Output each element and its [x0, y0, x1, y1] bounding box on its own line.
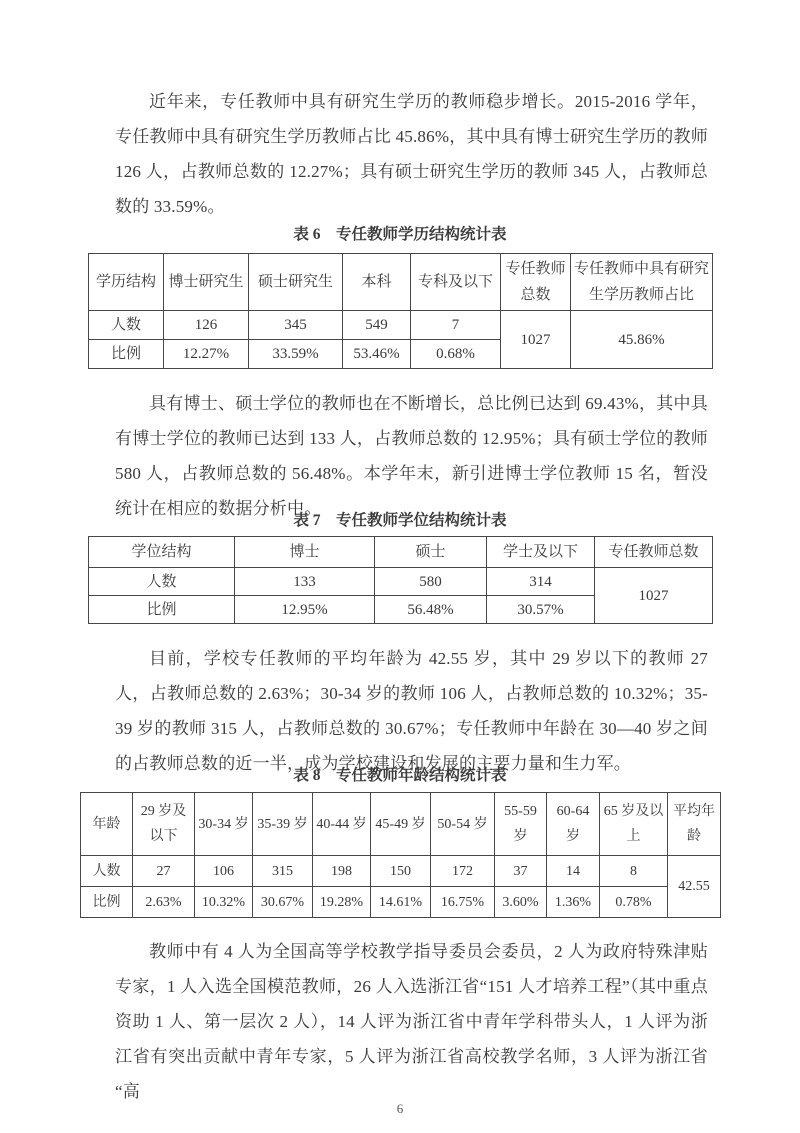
table6-education-structure: 学历结构 博士研究生 硕士研究生 本科 专科及以下 专任教师总数 专任教师中具有…: [88, 253, 713, 369]
page-number: 6: [88, 1101, 712, 1117]
row-label-cell: 比例: [89, 340, 164, 369]
data-cell: 3.60%: [495, 887, 547, 918]
header-cell: 学士及以下: [487, 537, 595, 568]
para-doctor-master-degree: 具有博士、硕士学位的教师也在不断增长，总比例已达到 69.43%，其中具有博士学…: [115, 386, 708, 526]
para-graduate-degree-growth: 近年来，专任教师中具有研究生学历的教师稳步增长。2015-2016 学年，专任教…: [115, 84, 708, 224]
header-cell: 40-44 岁: [313, 793, 371, 856]
data-cell: 10.32%: [195, 887, 253, 918]
data-cell: 315: [253, 856, 313, 887]
data-cell: 27: [133, 856, 195, 887]
data-cell: 0.78%: [600, 887, 668, 918]
header-cell: 专任教师中具有研究生学历教师占比: [571, 254, 713, 311]
document-page: 近年来，专任教师中具有研究生学历的教师稳步增长。2015-2016 学年，专任教…: [0, 0, 800, 1133]
header-cell: 50-54 岁: [431, 793, 495, 856]
data-cell: 30.67%: [253, 887, 313, 918]
header-cell: 硕士: [375, 537, 487, 568]
row-label-cell: 比例: [81, 887, 133, 918]
row-label-cell: 人数: [89, 311, 164, 340]
data-cell: 150: [371, 856, 431, 887]
header-cell: 60-64 岁: [547, 793, 600, 856]
header-cell: 专任教师总数: [501, 254, 571, 311]
header-cell: 65 岁及以上: [600, 793, 668, 856]
para-teacher-honors: 教师中有 4 人为全国高等学校教学指导委员会委员，2 人为政府特殊津贴专家，1 …: [115, 934, 708, 1109]
table6-caption: 表 6 专任教师学历结构统计表: [88, 224, 712, 246]
data-cell-total: 1027: [501, 311, 571, 369]
data-cell: 133: [235, 568, 375, 596]
data-cell: 30.57%: [487, 596, 595, 624]
header-cell: 博士研究生: [164, 254, 249, 311]
table8-header-row: 年龄 29 岁及以下 30-34 岁 35-39 岁 40-44 岁 45-49…: [81, 793, 721, 856]
data-cell: 172: [431, 856, 495, 887]
header-cell: 硕士研究生: [249, 254, 343, 311]
table8-ratio-row: 比例 2.63% 10.32% 30.67% 19.28% 14.61% 16.…: [81, 887, 721, 918]
data-cell: 14: [547, 856, 600, 887]
data-cell: 56.48%: [375, 596, 487, 624]
data-cell: 126: [164, 311, 249, 340]
header-cell: 45-49 岁: [371, 793, 431, 856]
header-cell: 专任教师总数: [595, 537, 713, 568]
data-cell: 37: [495, 856, 547, 887]
header-cell: 学位结构: [89, 537, 235, 568]
table7-degree-structure: 学位结构 博士 硕士 学士及以下 专任教师总数 人数 133 580 314 1…: [88, 536, 713, 624]
table6-header-row: 学历结构 博士研究生 硕士研究生 本科 专科及以下 专任教师总数 专任教师中具有…: [89, 254, 713, 311]
data-cell-total: 1027: [595, 568, 713, 624]
header-cell: 35-39 岁: [253, 793, 313, 856]
header-cell: 年龄: [81, 793, 133, 856]
data-cell: 549: [343, 311, 411, 340]
row-label-cell: 人数: [89, 568, 235, 596]
average-age-value: 42.55: [678, 874, 710, 900]
header-cell: 专科及以下: [411, 254, 501, 311]
table8-age-structure: 年龄 29 岁及以下 30-34 岁 35-39 岁 40-44 岁 45-49…: [80, 792, 721, 918]
table7-count-row: 人数 133 580 314 1027: [89, 568, 713, 596]
data-cell: 12.27%: [164, 340, 249, 369]
data-cell: 8: [600, 856, 668, 887]
table7-header-row: 学位结构 博士 硕士 学士及以下 专任教师总数: [89, 537, 713, 568]
header-cell: 学历结构: [89, 254, 164, 311]
table6-count-row: 人数 126 345 549 7 1027 45.86%: [89, 311, 713, 340]
data-cell: 7: [411, 311, 501, 340]
data-cell: 14.61%: [371, 887, 431, 918]
data-cell: 19.28%: [313, 887, 371, 918]
data-cell-ratio: 45.86%: [571, 311, 713, 369]
header-cell: 博士: [235, 537, 375, 568]
data-cell: 198: [313, 856, 371, 887]
header-cell: 29 岁及以下: [133, 793, 195, 856]
data-cell: 16.75%: [431, 887, 495, 918]
data-cell: 1.36%: [547, 887, 600, 918]
data-cell: 53.46%: [343, 340, 411, 369]
table8-count-row: 人数 27 106 315 198 150 172 37 14 8 42.55: [81, 856, 721, 887]
data-cell: 106: [195, 856, 253, 887]
data-cell: 12.95%: [235, 596, 375, 624]
data-cell-average-age: 42.55: [668, 856, 721, 918]
header-cell: 平均年龄: [668, 793, 721, 856]
header-cell: 55-59 岁: [495, 793, 547, 856]
data-cell: 2.63%: [133, 887, 195, 918]
row-label-cell: 比例: [89, 596, 235, 624]
data-cell: 580: [375, 568, 487, 596]
data-cell: 33.59%: [249, 340, 343, 369]
data-cell: 0.68%: [411, 340, 501, 369]
header-cell: 30-34 岁: [195, 793, 253, 856]
para-average-age: 目前，学校专任教师的平均年龄为 42.55 岁，其中 29 岁以下的教师 27 …: [115, 641, 708, 781]
data-cell: 314: [487, 568, 595, 596]
row-label-cell: 人数: [81, 856, 133, 887]
header-cell: 本科: [343, 254, 411, 311]
data-cell: 345: [249, 311, 343, 340]
